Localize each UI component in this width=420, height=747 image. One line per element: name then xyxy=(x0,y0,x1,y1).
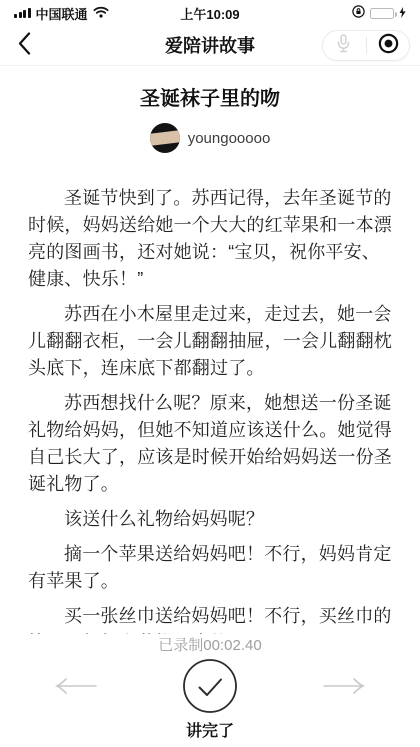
story-title: 圣诞袜子里的吻 xyxy=(28,82,392,111)
author-row: youngooooo xyxy=(28,123,392,153)
rotation-lock-icon xyxy=(352,5,365,21)
story-paragraph: 苏西在小木屋里走过来，走过去，她一会儿翻翻衣柜，一会儿翻翻抽屉，一会儿翻翻枕头底… xyxy=(28,301,392,382)
finish-button[interactable] xyxy=(182,660,238,716)
charging-bolt-icon xyxy=(399,6,406,21)
app-screen: 中国联通 上午10:09 xyxy=(0,0,420,747)
record-button[interactable] xyxy=(370,31,408,61)
arrow-right-icon xyxy=(322,677,366,700)
microphone-button[interactable] xyxy=(325,31,363,61)
check-circle-icon xyxy=(182,658,238,719)
recorded-duration: 已录制00:02.40 xyxy=(0,634,420,656)
story-content: 圣诞袜子里的吻 youngooooo 圣诞节快到了。苏西记得，去年圣诞节的时候，… xyxy=(0,66,420,657)
arrow-left-icon xyxy=(54,677,98,700)
status-left: 中国联通 xyxy=(14,4,109,23)
next-page-button[interactable] xyxy=(320,676,368,700)
record-icon xyxy=(377,32,400,60)
story-paragraph: 摘一个苹果送给妈妈吧！不行，妈妈肯定有苹果了。 xyxy=(28,541,392,595)
cellular-signal-icon xyxy=(14,8,31,18)
status-right xyxy=(352,5,406,21)
battery-icon xyxy=(370,8,394,19)
status-bar: 中国联通 上午10:09 xyxy=(0,0,420,24)
microphone-icon xyxy=(336,34,351,58)
recorder-controls xyxy=(0,658,420,718)
avatar xyxy=(150,123,180,153)
capsule-divider xyxy=(366,37,367,54)
previous-page-button[interactable] xyxy=(52,676,100,700)
recorder-bar: 已录制00:02.40 xyxy=(0,634,420,747)
chevron-left-icon xyxy=(18,32,31,60)
carrier-label: 中国联通 xyxy=(36,4,88,23)
author-name: youngooooo xyxy=(188,130,271,147)
nav-bar: 爱陪讲故事 xyxy=(0,24,420,66)
back-button[interactable] xyxy=(10,32,38,60)
story-paragraph: 苏西想找什么呢？原来，她想送一份圣诞礼物给妈妈，但她不知道应该送什么。她觉得自己… xyxy=(28,390,392,498)
story-paragraph: 该送什么礼物给妈妈呢？ xyxy=(28,506,392,533)
wifi-icon xyxy=(93,6,109,21)
mini-program-capsule xyxy=(322,30,410,61)
story-paragraph: 圣诞节快到了。苏西记得，去年圣诞节的时候，妈妈送给她一个大大的红苹果和一本漂亮的… xyxy=(28,185,392,293)
finish-label: 讲完了 xyxy=(0,718,420,741)
